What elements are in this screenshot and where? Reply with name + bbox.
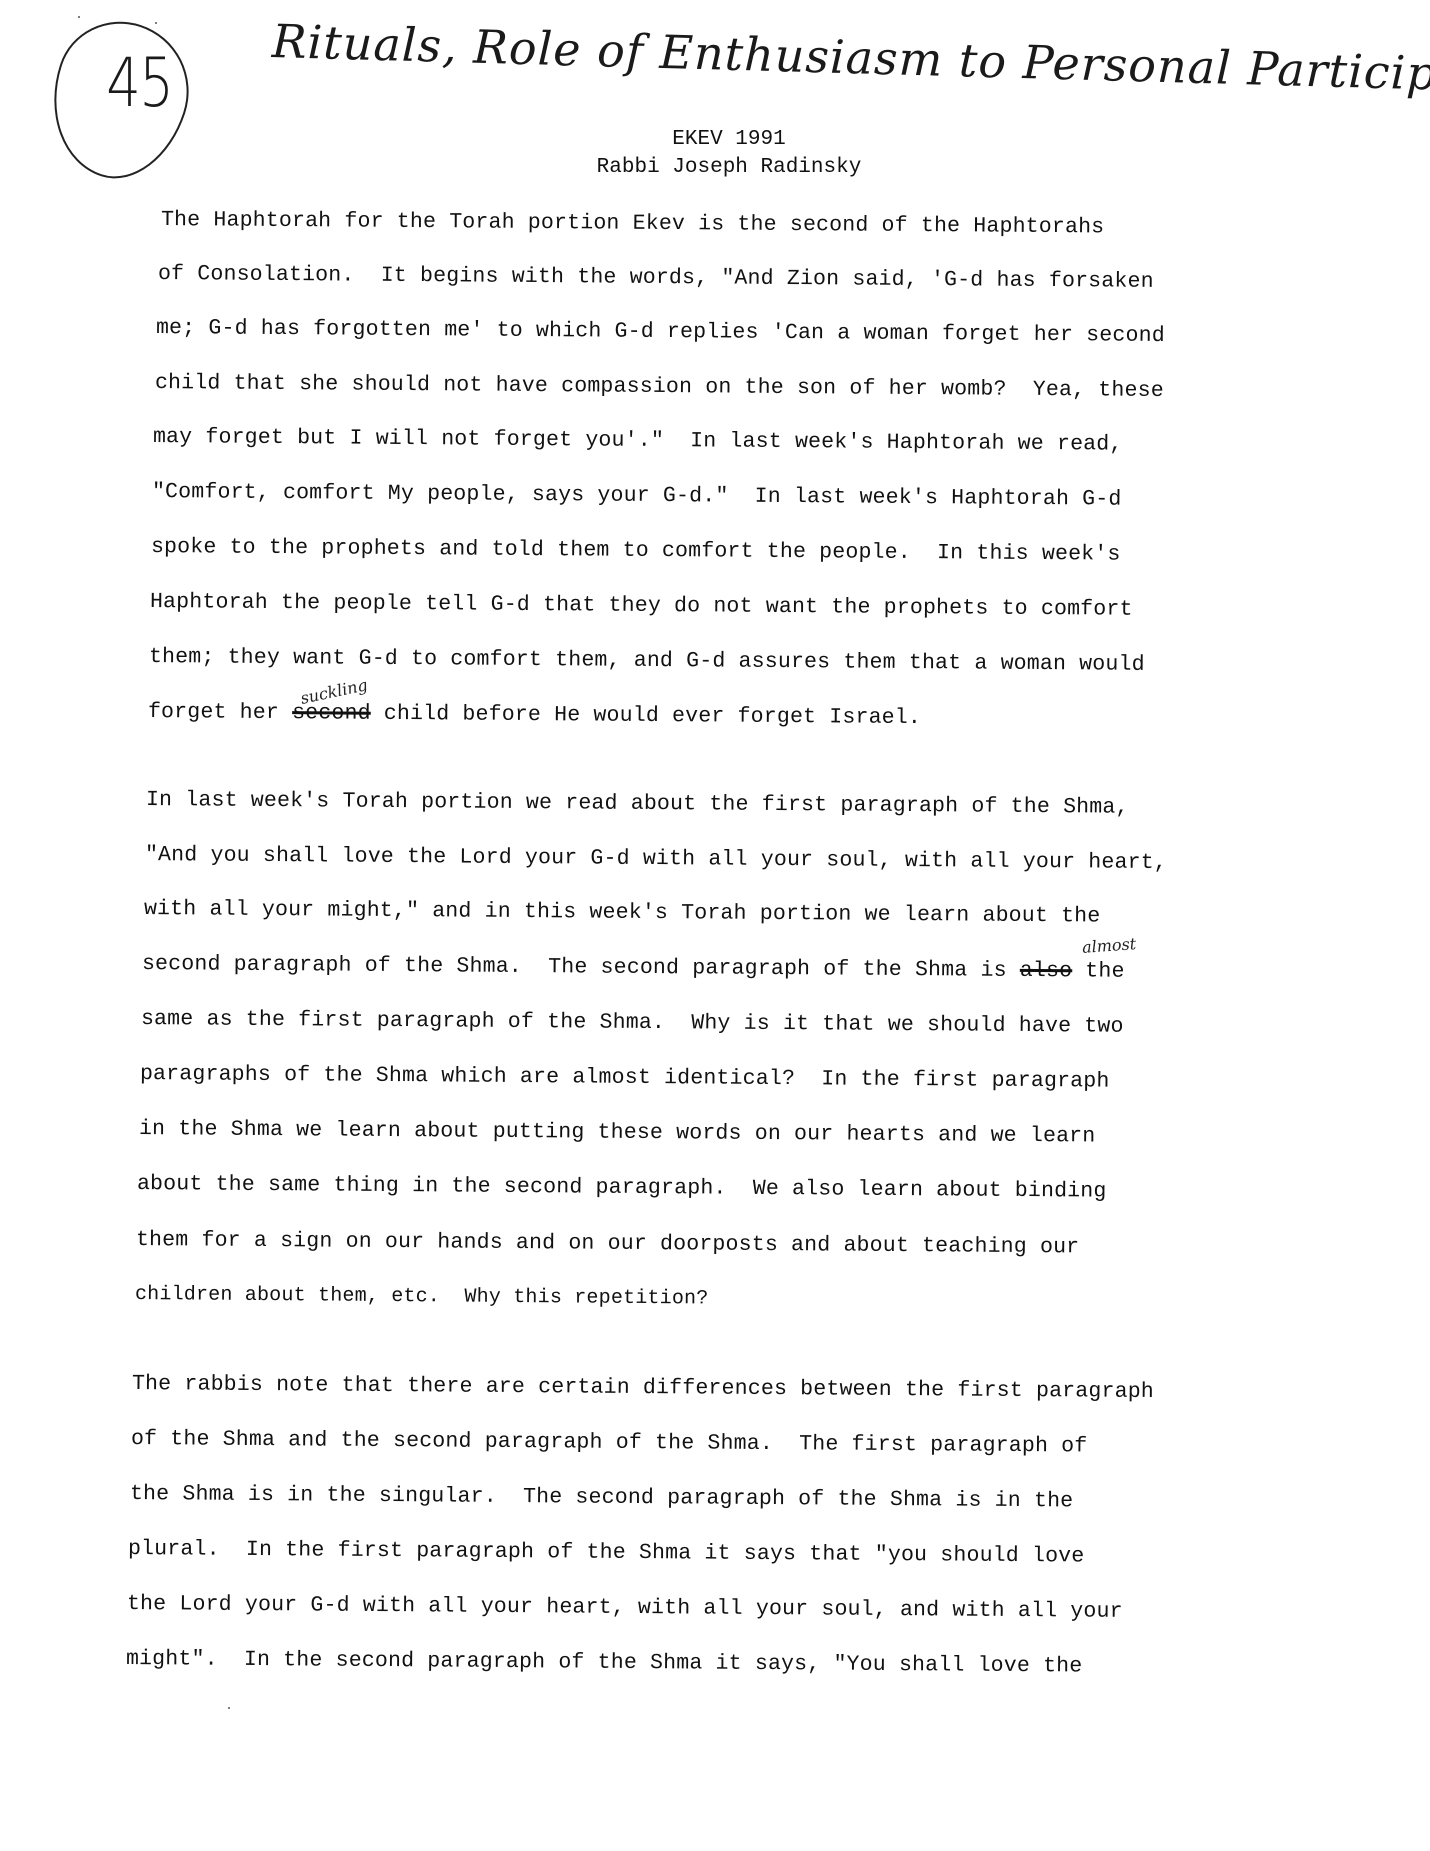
body-line: child that she should not have compassio… xyxy=(155,371,1164,403)
body-line: in the Shma we learn about putting these… xyxy=(139,1117,1096,1149)
body-line: the Shma is in the singular. The second … xyxy=(130,1482,1074,1513)
page-number: 45 xyxy=(106,44,172,123)
body-line: same as the first paragraph of the Shma.… xyxy=(141,1007,1124,1039)
body-line: plural. In the first paragraph of the Sh… xyxy=(128,1537,1085,1569)
handwritten-insertion: almost xyxy=(1081,934,1136,957)
body-line: In last week's Torah portion we read abo… xyxy=(146,788,1129,820)
body-line-edited: second paragraph of the Shma. The second… xyxy=(142,952,1125,984)
text-segment: child before He would ever forget Israel… xyxy=(371,702,921,730)
scan-speck xyxy=(155,22,157,24)
text-segment: forget her xyxy=(148,700,292,725)
handwritten-title: Rituals, Role of Enthusiasm to Personal … xyxy=(271,14,1430,104)
body-line: them for a sign on our hands and on our … xyxy=(136,1228,1080,1259)
body-line: of the Shma and the second paragraph of … xyxy=(131,1427,1088,1459)
struck-word: also xyxy=(1020,959,1073,983)
body-line: The rabbis note that there are certain d… xyxy=(132,1372,1154,1404)
body-line: the Lord your G-d with all your heart, w… xyxy=(127,1592,1123,1624)
text-segment: second paragraph of the Shma. The second… xyxy=(142,952,1020,983)
body-line: them; they want G-d to comfort them, and… xyxy=(149,645,1145,677)
body-line: Haphtorah the people tell G-d that they … xyxy=(150,590,1133,622)
body-line: "Comfort, comfort My people, says your G… xyxy=(152,480,1122,512)
body-line: with all your might," and in this week's… xyxy=(144,897,1101,929)
body-line: might". In the second paragraph of the S… xyxy=(126,1647,1083,1679)
document-page: 45 Rituals, Role of Enthusiasm to Person… xyxy=(0,0,1430,1851)
body-line: may forget but I will not forget you'." … xyxy=(153,425,1123,457)
body-line: about the same thing in the second parag… xyxy=(137,1172,1107,1204)
text-segment: the xyxy=(1072,959,1125,983)
body-line: of Consolation. It begins with the words… xyxy=(158,262,1154,294)
body-line-edited: forget her second child before He would … xyxy=(148,700,921,730)
scan-speck xyxy=(78,16,80,18)
body-line: The Haphtorah for the Torah portion Ekev… xyxy=(161,208,1105,239)
author-line: Rabbi Joseph Radinsky xyxy=(14,156,1430,179)
body-line: paragraphs of the Shma which are almost … xyxy=(140,1062,1110,1094)
scan-speck xyxy=(228,1707,230,1709)
body-line: me; G-d has forgotten me' to which G-d r… xyxy=(156,316,1165,348)
body-line: children about them, etc. Why this repet… xyxy=(135,1283,709,1311)
body-line: spoke to the prophets and told them to c… xyxy=(151,535,1121,567)
body-line: "And you shall love the Lord your G-d wi… xyxy=(145,843,1167,875)
portion-heading: EKEV 1991 xyxy=(14,128,1430,151)
